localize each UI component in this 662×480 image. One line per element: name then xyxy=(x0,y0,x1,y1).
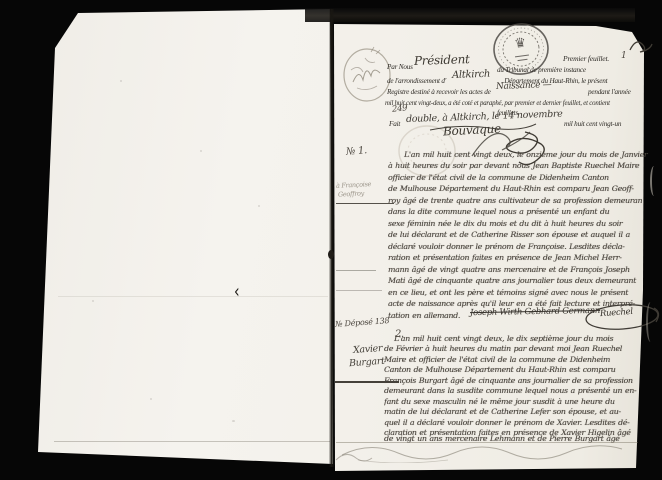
act2-line: Canton de Mulhouse Département du Haut-R… xyxy=(384,365,642,375)
header-line2-fill: Altkirch xyxy=(452,69,490,81)
act1-line: Mati âgé de cinquante quatre ans journal… xyxy=(388,276,642,286)
scanned-register-spread: ‹ ♛ Premier feuillet. 1 Par Nous Préside… xyxy=(0,0,662,480)
bottom-flourish-icon xyxy=(338,443,638,463)
act1-line: à huit heures du soir par devant nous Je… xyxy=(388,161,642,171)
act1-line: roy âgé de trente quatre ans cultivateur… xyxy=(388,196,642,206)
margin-dash xyxy=(336,290,382,291)
act1-line: L'an mil huit cent vingt deux, le onzièm… xyxy=(388,150,658,160)
svg-text:♛: ♛ xyxy=(513,35,527,51)
header-line3-post: pendant l'année xyxy=(588,88,631,96)
act1-line: officier de l'état civil de la commune d… xyxy=(388,173,642,183)
folio-label: Premier feuillet. xyxy=(563,54,609,63)
header-line1-post: du Tribunal de première instance xyxy=(497,66,586,74)
act1-line: dans la dite commune lequel nous a prése… xyxy=(388,207,642,217)
left-page-faint-rule xyxy=(58,296,328,297)
act2-margin-name: Xavier xyxy=(353,343,383,356)
paper-speck xyxy=(232,420,235,422)
header-line3-fill: Naissance — xyxy=(496,80,552,92)
act1-line: mann âgé de vingt quatre ans mercenaire … xyxy=(388,265,642,275)
act1-margin-number: № 1. xyxy=(346,145,368,158)
paper-speck xyxy=(120,80,122,82)
ink-blot-chevron: ‹ xyxy=(234,281,240,303)
gutter-crease xyxy=(329,9,334,467)
act2-line: demeurant dans la susdite commune lequel… xyxy=(384,386,642,396)
act2-line: quel il a déclaré vouloir donner le prén… xyxy=(384,418,642,428)
act2-line: matin de lui déclarant et de Catherine L… xyxy=(384,407,642,417)
folio-number: 1 xyxy=(621,51,626,61)
next-page-sliver xyxy=(646,302,655,342)
gutter-ink-spot xyxy=(328,250,334,259)
act1-line: de Mulhouse Département du Haut-Rhin est… xyxy=(388,184,642,194)
margin-dash xyxy=(336,270,376,271)
act1-line: déclaré vouloir donner le prénom de Fran… xyxy=(388,242,642,252)
act1-margin-note: Geoffroy xyxy=(338,189,364,198)
act1-line: ration et présentation faites en présenc… xyxy=(388,253,642,263)
act2-line: François Burgart âgé de cinquante ans jo… xyxy=(384,376,642,386)
margin-dash xyxy=(336,203,394,204)
paper-speck xyxy=(150,398,152,400)
paper-speck xyxy=(258,205,260,207)
header-line3-pre: Registre destiné à recevoir les actes de xyxy=(387,88,491,96)
header-line2-pre: de l'arrondissement d' xyxy=(387,77,446,85)
act2-line: de Février à huit heures du matin par de… xyxy=(384,344,642,354)
paper-speck xyxy=(200,150,202,152)
act2-line: fant du sexe masculin né le même jour su… xyxy=(384,397,642,407)
act1-line: de lui déclarant et de Catherine Risser … xyxy=(388,230,642,240)
margin-flourish-icon xyxy=(334,450,374,466)
folio-paraph-icon xyxy=(628,38,654,56)
act2-line: Maire et officier de l'état civil de la … xyxy=(384,355,642,365)
act1-line: en ce lieu, et ont les père et témoins s… xyxy=(388,288,642,298)
left-page-bottom-rule xyxy=(54,441,330,442)
header-line1-fill: Président xyxy=(414,52,470,68)
page-edge-shadow xyxy=(305,8,635,22)
header-line4: mil huit cent vingt-deux, a été coté et … xyxy=(385,99,610,107)
act1-line: sexe féminin née le dix du mois et du di… xyxy=(388,219,642,229)
header-line6-post: mil huit cent vingt-un xyxy=(564,120,621,128)
header-line1-pre: Par Nous xyxy=(387,63,413,71)
next-page-sliver xyxy=(650,166,658,196)
paper-speck xyxy=(92,300,94,302)
act2-line: L'an mil huit cent vingt deux, le dix se… xyxy=(384,334,652,344)
